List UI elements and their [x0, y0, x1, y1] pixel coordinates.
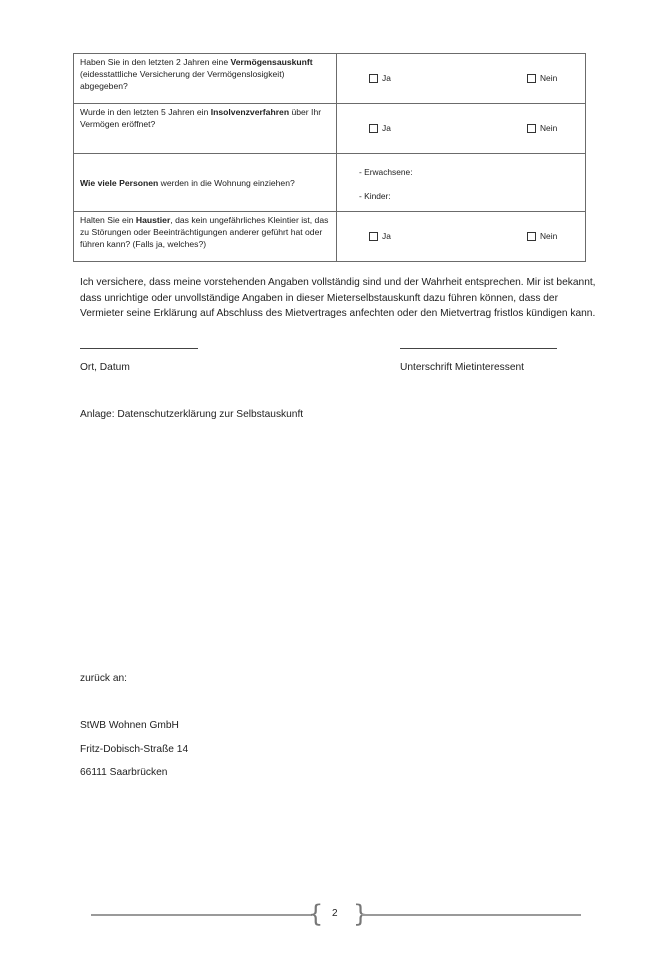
question-text: Halten Sie ein Haustier, das kein ungefä… — [80, 215, 328, 249]
checkbox-icon[interactable] — [369, 232, 378, 241]
place-date-label: Ort, Datum — [80, 362, 130, 373]
option-label: Ja — [382, 122, 391, 134]
question-text: Wie viele Personen werden in die Wohnung… — [80, 178, 295, 188]
checkbox-icon[interactable] — [527, 74, 536, 83]
children-field[interactable]: - Kinder: — [359, 190, 391, 202]
checkbox-ja[interactable]: Ja — [369, 230, 391, 242]
checkbox-icon[interactable] — [369, 74, 378, 83]
adults-field[interactable]: - Erwachsene: — [359, 166, 413, 178]
option-label: Nein — [540, 72, 557, 84]
checkbox-icon[interactable] — [527, 124, 536, 133]
signature-line[interactable] — [400, 348, 557, 349]
answer-cell: Ja Nein — [337, 54, 586, 104]
checkbox-icon[interactable] — [369, 124, 378, 133]
table-row: Haben Sie in den letzten 2 Jahren eine V… — [74, 54, 586, 104]
question-text: Wurde in den letzten 5 Jahren ein Insolv… — [80, 107, 321, 129]
checkbox-ja[interactable]: Ja — [369, 72, 391, 84]
checkbox-nein[interactable]: Nein — [527, 230, 557, 242]
question-cell: Wurde in den letzten 5 Jahren ein Insolv… — [74, 104, 337, 154]
question-text: Haben Sie in den letzten 2 Jahren eine V… — [80, 57, 313, 91]
return-to-label: zurück an: — [80, 673, 127, 684]
left-brace-icon: { — [308, 902, 323, 926]
option-label: Ja — [382, 72, 391, 84]
checkbox-icon[interactable] — [527, 232, 536, 241]
answer-cell: Ja Nein — [337, 212, 586, 262]
street-address: Fritz-Dobisch-Straße 14 — [80, 744, 188, 755]
checkbox-nein[interactable]: Nein — [527, 122, 557, 134]
table-row: Halten Sie ein Haustier, das kein ungefä… — [74, 212, 586, 262]
question-cell: Haben Sie in den letzten 2 Jahren eine V… — [74, 54, 337, 104]
place-date-signature-line[interactable] — [80, 348, 198, 349]
page-number: 2 — [332, 908, 338, 919]
option-label: Ja — [382, 230, 391, 242]
attachment-note: Anlage: Datenschutzerklärung zur Selbsta… — [80, 409, 303, 420]
option-label: Nein — [540, 122, 557, 134]
table-row: Wurde in den letzten 5 Jahren ein Insolv… — [74, 104, 586, 154]
footer-rule-right — [362, 914, 581, 916]
checkbox-ja[interactable]: Ja — [369, 122, 391, 134]
question-cell: Halten Sie ein Haustier, das kein ungefä… — [74, 212, 337, 262]
checkbox-nein[interactable]: Nein — [527, 72, 557, 84]
questionnaire-table: Haben Sie in den letzten 2 Jahren eine V… — [73, 53, 586, 262]
signature-label: Unterschrift Mietinteressent — [400, 362, 524, 373]
answer-cell: Ja Nein — [337, 104, 586, 154]
city-address: 66111 Saarbrücken — [80, 767, 167, 778]
declaration-paragraph: Ich versichere, dass meine vorstehenden … — [80, 275, 600, 322]
table-row: Wie viele Personen werden in die Wohnung… — [74, 154, 586, 212]
question-cell: Wie viele Personen werden in die Wohnung… — [74, 154, 337, 212]
option-label: Nein — [540, 230, 557, 242]
company-name: StWB Wohnen GmbH — [80, 720, 179, 731]
answer-cell: - Erwachsene: - Kinder: — [337, 154, 586, 212]
adults-label: - Erwachsene: — [359, 166, 413, 178]
footer-rule-left — [91, 914, 312, 916]
children-label: - Kinder: — [359, 190, 391, 202]
